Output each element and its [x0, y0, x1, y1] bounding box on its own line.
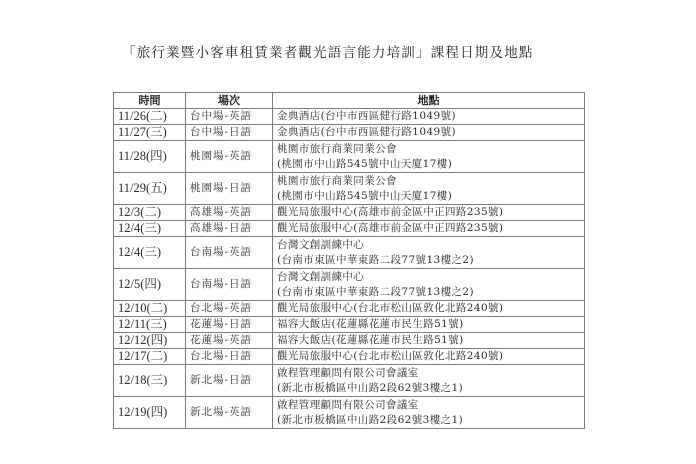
row-date: 12/17(二): [114, 349, 186, 365]
venue-address-line: (新北市板橋區中山路2段62號3樓之1): [277, 381, 584, 396]
table-header-row: 時間 場次 地點: [114, 93, 585, 109]
venue-name-line: 啟程管理顧問有限公司會議室: [277, 366, 584, 381]
row-date: 11/27(三): [114, 125, 186, 141]
row-session: 新北場-日語: [186, 365, 273, 397]
table-row: 12/3(二) 高雄場-英語 觀光局旅服中心(高雄市前金區中正四路235號): [114, 205, 585, 221]
venue-line: 福容大飯店(花蓮縣花蓮市民生路51號): [277, 333, 584, 348]
venue-address-line: (桃園市中山路545號中山天廈17樓): [277, 157, 584, 172]
row-venue: 啟程管理顧問有限公司會議室 (新北市板橋區中山路2段62號3樓之1): [273, 397, 585, 429]
venue-address-line: (台南市東區中華東路二段77號13樓之2): [277, 253, 584, 268]
table-row: 11/28(四) 桃園場-英語 桃園市旅行商業同業公會 (桃園市中山路545號中…: [114, 141, 585, 173]
venue-name-line: 台灣文創訓練中心: [277, 238, 584, 253]
row-session: 新北場-英語: [186, 397, 273, 429]
row-date: 12/5(四): [114, 269, 186, 301]
venue-address-line: (台南市東區中華東路二段77號13樓之2): [277, 285, 584, 300]
venue-line: 觀光局旅服中心(高雄市前金區中正四路235號): [277, 221, 584, 236]
header-session: 場次: [186, 93, 273, 109]
row-session: 台中場-日語: [186, 125, 273, 141]
venue-line: 觀光局旅服中心(台北市松山區敦化北路240號): [277, 301, 584, 316]
row-venue: 觀光局旅服中心(台北市松山區敦化北路240號): [273, 349, 585, 365]
row-venue: 觀光局旅服中心(高雄市前金區中正四路235號): [273, 205, 585, 221]
table-row: 12/4(三) 台南場-英語 台灣文創訓練中心 (台南市東區中華東路二段77號1…: [114, 237, 585, 269]
table-row: 12/17(二) 台北場-日語 觀光局旅服中心(台北市松山區敦化北路240號): [114, 349, 585, 365]
row-venue: 啟程管理顧問有限公司會議室 (新北市板橋區中山路2段62號3樓之1): [273, 365, 585, 397]
row-date: 12/4(三): [114, 237, 186, 269]
venue-line: 觀光局旅服中心(台北市松山區敦化北路240號): [277, 349, 584, 364]
table-row: 12/18(三) 新北場-日語 啟程管理顧問有限公司會議室 (新北市板橋區中山路…: [114, 365, 585, 397]
row-session: 台南場-英語: [186, 237, 273, 269]
table-row: 11/29(五) 桃園場-日語 桃園市旅行商業同業公會 (桃園市中山路545號中…: [114, 173, 585, 205]
schedule-table: 時間 場次 地點 11/26(二) 台中場-英語 金典酒店(台中市西區健行路10…: [113, 92, 585, 429]
venue-name-line: 桃園市旅行商業同業公會: [277, 142, 584, 157]
header-venue: 地點: [273, 93, 585, 109]
row-venue: 台灣文創訓練中心 (台南市東區中華東路二段77號13樓之2): [273, 269, 585, 301]
row-session: 高雄場-英語: [186, 205, 273, 221]
table-row: 12/5(四) 台南場-日語 台灣文創訓練中心 (台南市東區中華東路二段77號1…: [114, 269, 585, 301]
row-session: 台南場-日語: [186, 269, 273, 301]
venue-line: 金典酒店(台中市西區健行路1049號): [277, 109, 584, 124]
row-date: 11/28(四): [114, 141, 186, 173]
row-session: 桃園場-日語: [186, 173, 273, 205]
header-date: 時間: [114, 93, 186, 109]
row-session: 花蓮場-日語: [186, 317, 273, 333]
table-row: 12/19(四) 新北場-英語 啟程管理顧問有限公司會議室 (新北市板橋區中山路…: [114, 397, 585, 429]
document-title: 「旅行業暨小客車租賃業者觀光語言能力培訓」課程日期及地點: [122, 41, 534, 61]
row-venue: 觀光局旅服中心(高雄市前金區中正四路235號): [273, 221, 585, 237]
row-date: 12/10(二): [114, 301, 186, 317]
row-venue: 觀光局旅服中心(台北市松山區敦化北路240號): [273, 301, 585, 317]
table-row: 11/27(三) 台中場-日語 金典酒店(台中市西區健行路1049號): [114, 125, 585, 141]
table-row: 12/4(三) 高雄場-日語 觀光局旅服中心(高雄市前金區中正四路235號): [114, 221, 585, 237]
row-session: 高雄場-日語: [186, 221, 273, 237]
venue-address-line: (新北市板橋區中山路2段62號3樓之1): [277, 413, 584, 428]
row-date: 12/19(四): [114, 397, 186, 429]
row-date: 11/26(二): [114, 109, 186, 125]
venue-name-line: 桃園市旅行商業同業公會: [277, 174, 584, 189]
row-session: 桃園場-英語: [186, 141, 273, 173]
row-session: 花蓮場-英語: [186, 333, 273, 349]
venue-address-line: (桃園市中山路545號中山天廈17樓): [277, 189, 584, 204]
venue-line: 福容大飯店(花蓮縣花蓮市民生路51號): [277, 317, 584, 332]
table-row: 12/11(三) 花蓮場-日語 福容大飯店(花蓮縣花蓮市民生路51號): [114, 317, 585, 333]
row-venue: 福容大飯店(花蓮縣花蓮市民生路51號): [273, 333, 585, 349]
table-row: 11/26(二) 台中場-英語 金典酒店(台中市西區健行路1049號): [114, 109, 585, 125]
venue-name-line: 台灣文創訓練中心: [277, 270, 584, 285]
row-date: 12/18(三): [114, 365, 186, 397]
row-venue: 桃園市旅行商業同業公會 (桃園市中山路545號中山天廈17樓): [273, 173, 585, 205]
venue-line: 金典酒店(台中市西區健行路1049號): [277, 125, 584, 140]
row-date: 12/12(四): [114, 333, 186, 349]
row-venue: 金典酒店(台中市西區健行路1049號): [273, 109, 585, 125]
row-date: 11/29(五): [114, 173, 186, 205]
venue-line: 觀光局旅服中心(高雄市前金區中正四路235號): [277, 205, 584, 220]
table-row: 12/12(四) 花蓮場-英語 福容大飯店(花蓮縣花蓮市民生路51號): [114, 333, 585, 349]
row-session: 台北場-日語: [186, 349, 273, 365]
table-row: 12/10(二) 台北場-英語 觀光局旅服中心(台北市松山區敦化北路240號): [114, 301, 585, 317]
row-date: 12/11(三): [114, 317, 186, 333]
row-session: 台北場-英語: [186, 301, 273, 317]
venue-name-line: 啟程管理顧問有限公司會議室: [277, 398, 584, 413]
row-date: 12/4(三): [114, 221, 186, 237]
row-venue: 福容大飯店(花蓮縣花蓮市民生路51號): [273, 317, 585, 333]
row-date: 12/3(二): [114, 205, 186, 221]
row-venue: 台灣文創訓練中心 (台南市東區中華東路二段77號13樓之2): [273, 237, 585, 269]
row-venue: 桃園市旅行商業同業公會 (桃園市中山路545號中山天廈17樓): [273, 141, 585, 173]
row-session: 台中場-英語: [186, 109, 273, 125]
row-venue: 金典酒店(台中市西區健行路1049號): [273, 125, 585, 141]
